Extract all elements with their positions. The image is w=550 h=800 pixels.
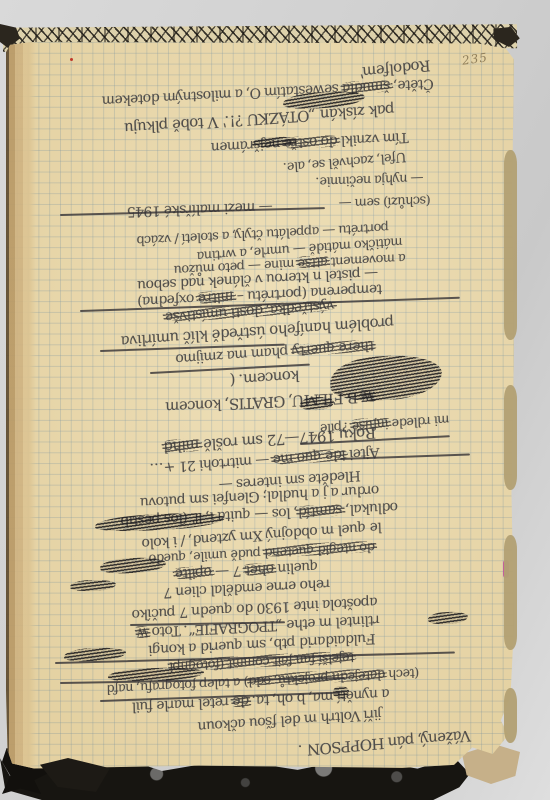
red-speck bbox=[70, 58, 73, 61]
page-edge-patch bbox=[504, 385, 517, 490]
page-edge-patch bbox=[504, 535, 517, 650]
page-edge-patch bbox=[504, 688, 517, 743]
page-number: 235 bbox=[461, 50, 489, 67]
photo-background: 235 Rodolfem'Čtěte, šmudla sewestatím O,… bbox=[0, 0, 550, 800]
binding-gutter-edge bbox=[6, 42, 36, 770]
page-edge-patch bbox=[504, 150, 517, 340]
notebook-page: 235 bbox=[6, 42, 514, 770]
